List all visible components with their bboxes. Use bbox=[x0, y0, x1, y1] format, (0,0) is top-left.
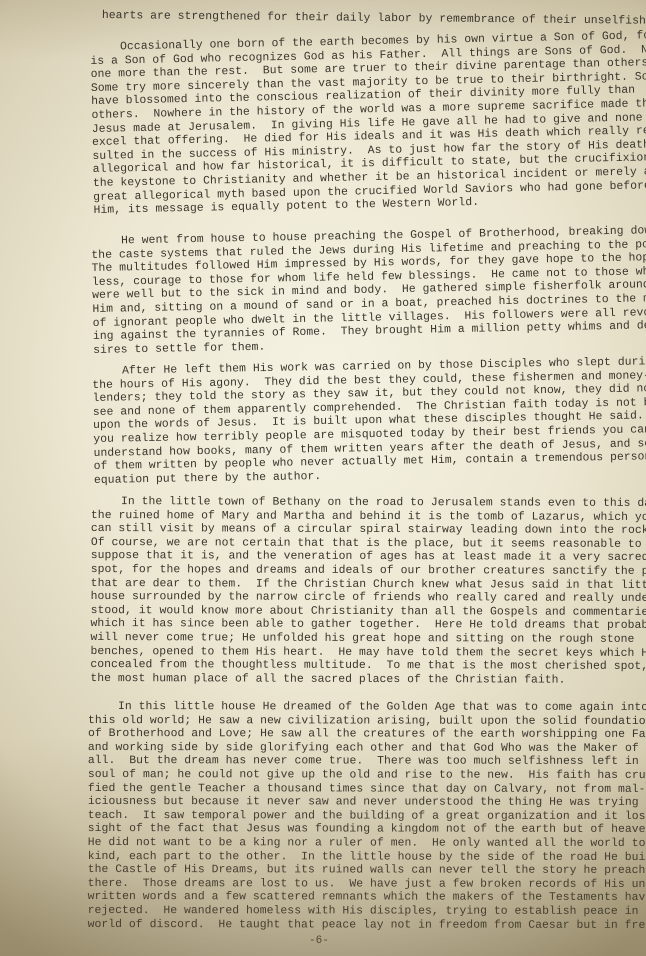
text-line: iciousness but because it never saw and … bbox=[88, 796, 646, 811]
text-line: the most human place of all the sacred p… bbox=[90, 673, 646, 689]
page-number: -6- bbox=[309, 935, 329, 947]
text-line: will never come true; He unfolded his gr… bbox=[90, 632, 646, 648]
text-line: there. Those dreams are lost to us. We h… bbox=[88, 878, 646, 893]
paragraph-5: In this little house He dreamed of the G… bbox=[88, 701, 646, 933]
text-line: kind, each part to the other. In the lit… bbox=[88, 851, 646, 866]
text-line: sight of the fact that Jesus was foundin… bbox=[88, 823, 646, 838]
text-line: the Castle of His Dreams, but its ruined… bbox=[88, 864, 646, 879]
paragraph-1: Occasionally one born of the earth becom… bbox=[90, 30, 646, 219]
text-line: In this little house He dreamed of the G… bbox=[88, 701, 646, 716]
text-line: soul of man; he could not give up the ol… bbox=[88, 769, 646, 784]
text-line: this old world; He saw a new civilizatio… bbox=[88, 715, 646, 730]
text-line: spot, for the hopes and dreams and ideal… bbox=[91, 564, 646, 580]
text-line: hearts are strengthened for their daily … bbox=[102, 10, 646, 30]
text-line: written words and a few scattered remnan… bbox=[88, 891, 646, 906]
text-line: and working side by side glorifying each… bbox=[88, 742, 646, 757]
paragraph-2: He went from house to house preaching th… bbox=[91, 225, 646, 358]
text-line: He did not want to be a king nor a ruler… bbox=[88, 837, 646, 852]
text-line: of Brotherhood and Love; He saw all the … bbox=[88, 728, 646, 743]
text-line: rejected. He wandered homeless with His … bbox=[88, 905, 646, 920]
paragraph-3: After He left them His work was carried … bbox=[92, 356, 646, 489]
paragraph-4: In the little town of Bethany on the roa… bbox=[90, 496, 646, 688]
text-line: fied the gentle Teacher a thousand times… bbox=[88, 783, 646, 798]
document-page: hearts are strengthened for their daily … bbox=[0, 0, 646, 956]
paragraph-0: hearts are strengthened for their daily … bbox=[102, 10, 646, 30]
text-line: world of discord. He taught that peace l… bbox=[88, 918, 646, 933]
text-line: teach. It saw temporal power and the bui… bbox=[88, 810, 646, 825]
text-line: all. But the dream has never come true. … bbox=[88, 755, 646, 770]
